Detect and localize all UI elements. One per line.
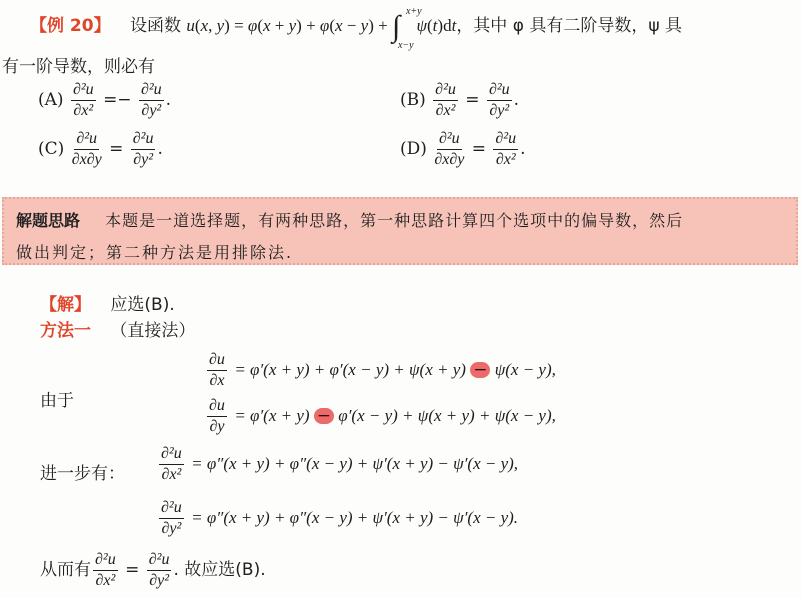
hint-title: 解题思路	[16, 211, 80, 230]
option-b: (B) ∂²u∂x² = ∂²u∂y².	[400, 82, 519, 119]
equation-du-dx: ∂u∂x = φ′(x + y) + φ′(x − y) + ψ(x + y) …	[205, 352, 556, 389]
hint-line-1: 解题思路 本题是一道选择题，有两种思路，第一种思路计算四个选项中的偏导数，然后	[16, 208, 683, 231]
method-name: （直接法）	[110, 321, 195, 341]
example-tag: 【例 20】	[30, 16, 111, 36]
solution-header: 【解】 应选(B).	[40, 290, 175, 315]
conclusion: 从而有∂²u∂x² = ∂²u∂y². 故应选(B).	[40, 552, 266, 589]
since-label: 由于	[40, 386, 74, 411]
further-label: 进一步有：	[40, 459, 125, 484]
equation-du-dy: ∂u∂y = φ′(x + y) − φ′(x − y) + ψ(x + y) …	[205, 398, 556, 435]
integral-sign: ∫x+yx−y	[392, 10, 408, 44]
solution-answer: 应选(B).	[110, 295, 174, 315]
method-line: 方法一 （直接法）	[40, 316, 195, 341]
function-definition: u(x, y) = φ(x + y) + φ(x − y) + ∫x+yx−y …	[186, 16, 456, 35]
problem-line-2: 有一阶导数，则必有	[2, 52, 155, 77]
hint-text-1: 本题是一道选择题，有两种思路，第一种思路计算四个选项中的偏导数，然后	[105, 211, 683, 230]
option-d: (D) ∂²u∂x∂y = ∂²u∂x².	[400, 131, 526, 168]
problem-line-1: 【例 20】 设函数 u(x, y) = φ(x + y) + φ(x − y)…	[30, 10, 682, 44]
highlighted-minus-2: −	[314, 408, 334, 424]
solution-tag: 【解】	[40, 295, 91, 315]
highlighted-minus-1: −	[470, 362, 490, 378]
equation-d2u-dy2: ∂²u∂y² = φ″(x + y) + φ″(x − y) + ψ′(x + …	[157, 500, 518, 537]
option-a: (A) ∂²u∂x² =− ∂²u∂y².	[38, 82, 171, 119]
hint-line-2: 做出判定；第二种方法是用排除法.	[16, 240, 293, 263]
method-label: 方法一	[40, 321, 91, 341]
equation-d2u-dx2: ∂²u∂x² = φ″(x + y) + φ″(x − y) + ψ′(x + …	[157, 446, 518, 483]
condition-text: ，其中 φ 具有二阶导数，ψ 具	[456, 16, 682, 36]
option-c: (C) ∂²u∂x∂y = ∂²u∂y².	[38, 131, 163, 168]
problem-intro: 设函数	[130, 16, 181, 36]
